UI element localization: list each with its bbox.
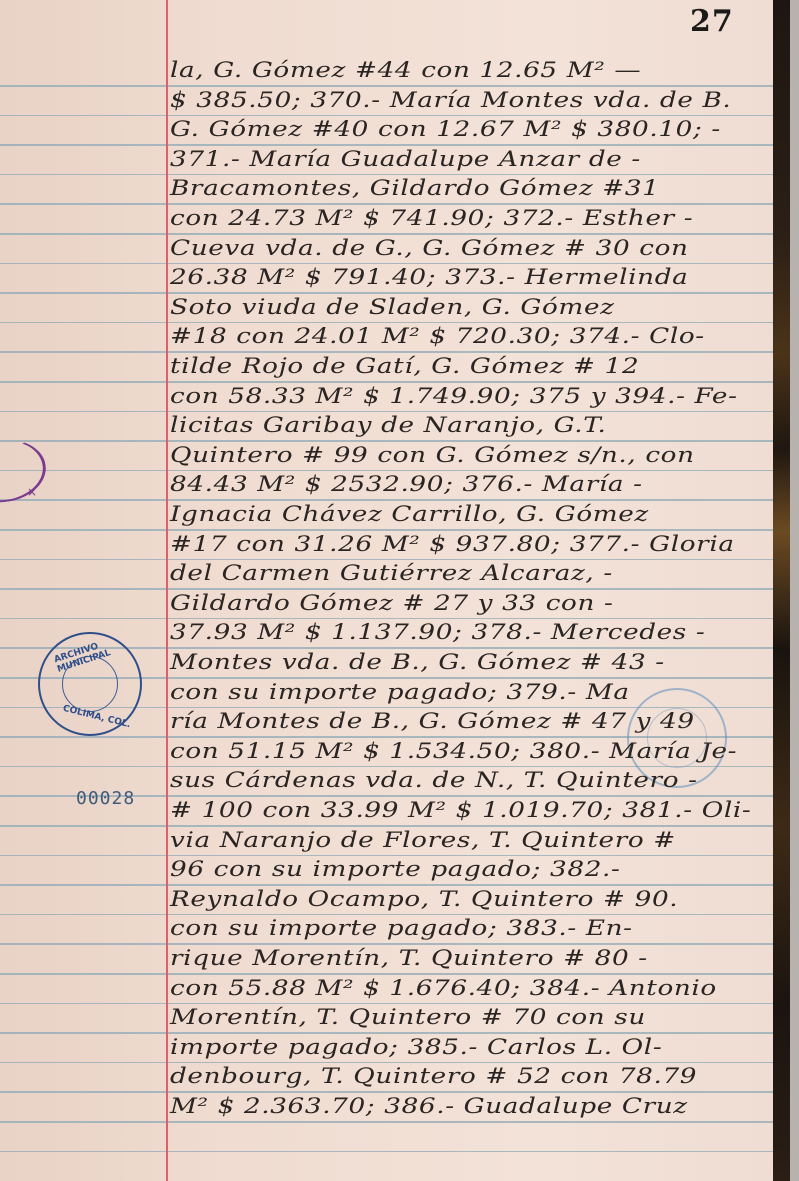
ruled-line <box>0 470 773 472</box>
handwritten-line: M² $ 2.363.70; 386.- Guadalupe Cruz <box>170 1094 688 1118</box>
handwritten-line: # 100 con 33.99 M² $ 1.019.70; 381.- Oli… <box>170 798 751 822</box>
handwritten-line: con su importe pagado; 383.- En- <box>170 916 633 940</box>
archivo-municipal-stamp: ARCHIVO MUNICIPAL COLIMA, COL. <box>38 632 142 736</box>
ledger-page: 27 × ARCHIVO MUNICIPAL COLIMA, COL. 0002… <box>0 0 773 1181</box>
ruled-line <box>0 351 773 353</box>
ruled-line <box>0 588 773 590</box>
ruled-line <box>0 618 773 620</box>
ruled-line <box>0 1062 773 1064</box>
handwritten-line: con 58.33 M² $ 1.749.90; 375 y 394.- Fe- <box>170 384 738 408</box>
ruled-line <box>0 381 773 383</box>
handwritten-line: sus Cárdenas vda. de N., T. Quintero - <box>170 768 698 792</box>
ruled-line <box>0 1121 773 1123</box>
ruled-line <box>0 440 773 442</box>
ruled-line <box>0 233 773 235</box>
ruled-line <box>0 559 773 561</box>
folio-number-stamp: 00028 <box>76 788 135 809</box>
ruled-line <box>0 322 773 324</box>
handwritten-line: ría Montes de B., G. Gómez # 47 y 49 <box>170 709 695 733</box>
handwritten-line: con 55.88 M² $ 1.676.40; 384.- Antonio <box>170 976 717 1000</box>
handwritten-line: importe pagado; 385.- Carlos L. Ol- <box>170 1035 662 1059</box>
ruled-line <box>0 825 773 827</box>
handwritten-line: Reynaldo Ocampo, T. Quintero # 90. <box>170 887 678 911</box>
ruled-line <box>0 115 773 117</box>
ruled-line <box>0 1032 773 1034</box>
handwritten-line: Soto viuda de Sladen, G. Gómez <box>170 295 615 319</box>
background-strip <box>790 0 799 1181</box>
handwritten-line: Montes vda. de B., G. Gómez # 43 - <box>170 650 665 674</box>
handwritten-line: Morentín, T. Quintero # 70 con su <box>170 1005 646 1029</box>
handwritten-line: con 24.73 M² $ 741.90; 372.- Esther - <box>170 206 693 230</box>
handwritten-line: Ignacia Chávez Carrillo, G. Gómez <box>170 502 649 526</box>
ruled-line <box>0 144 773 146</box>
ruled-line <box>0 174 773 176</box>
ruled-line <box>0 1003 773 1005</box>
handwritten-line: 37.93 M² $ 1.137.90; 378.- Mercedes - <box>170 620 705 644</box>
handwritten-line: con su importe pagado; 379.- Ma <box>170 680 630 704</box>
ruled-line <box>0 884 773 886</box>
handwritten-line: $ 385.50; 370.- María Montes vda. de B. <box>170 88 731 112</box>
ruled-line <box>0 855 773 857</box>
handwritten-line: 84.43 M² $ 2532.90; 376.- María - <box>170 472 643 496</box>
ruled-line <box>0 203 773 205</box>
page-number: 27 <box>690 4 734 39</box>
ruled-line <box>0 529 773 531</box>
ruled-line <box>0 1151 773 1153</box>
handwritten-line: denbourg, T. Quintero # 52 con 78.79 <box>170 1064 697 1088</box>
handwritten-line: con 51.15 M² $ 1.534.50; 380.- María Je- <box>170 739 737 763</box>
ruled-line <box>0 914 773 916</box>
ruled-line <box>0 973 773 975</box>
handwritten-line: Quintero # 99 con G. Gómez s/n., con <box>170 443 695 467</box>
handwritten-line: 96 con su importe pagado; 382.- <box>170 857 620 881</box>
ruled-line <box>0 499 773 501</box>
handwritten-line: G. Gómez #40 con 12.67 M² $ 380.10; - <box>170 117 721 141</box>
handwritten-line: del Carmen Gutiérrez Alcaraz, - <box>170 561 613 585</box>
handwritten-line: #17 con 31.26 M² $ 937.80; 377.- Gloria <box>170 532 735 556</box>
handwritten-line: via Naranjo de Flores, T. Quintero # <box>170 828 676 852</box>
ruled-line <box>0 411 773 413</box>
handwritten-line: licitas Garibay de Naranjo, G.T. <box>170 413 607 437</box>
handwritten-line: #18 con 24.01 M² $ 720.30; 374.- Clo- <box>170 324 705 348</box>
ruled-line <box>0 292 773 294</box>
ruled-line <box>0 263 773 265</box>
purple-stamp-mark: × <box>27 485 37 499</box>
handwritten-line: rique Morentín, T. Quintero # 80 - <box>170 946 648 970</box>
book-binding-edge <box>773 0 790 1181</box>
ruled-line <box>0 943 773 945</box>
handwritten-line: Cueva vda. de G., G. Gómez # 30 con <box>170 236 689 260</box>
handwritten-line: 26.38 M² $ 791.40; 373.- Hermelinda <box>170 265 688 289</box>
handwritten-line: Bracamontes, Gildardo Gómez #31 <box>170 176 660 200</box>
handwritten-line: 371.- María Guadalupe Anzar de - <box>170 147 641 171</box>
ruled-line <box>0 1091 773 1093</box>
handwritten-line: Gildardo Gómez # 27 y 33 con - <box>170 591 613 615</box>
ruled-line <box>0 85 773 87</box>
handwritten-line: la, G. Gómez #44 con 12.65 M² — <box>170 58 641 82</box>
handwritten-line: tilde Rojo de Gatí, G. Gómez # 12 <box>170 354 639 378</box>
red-margin-line <box>166 0 168 1181</box>
